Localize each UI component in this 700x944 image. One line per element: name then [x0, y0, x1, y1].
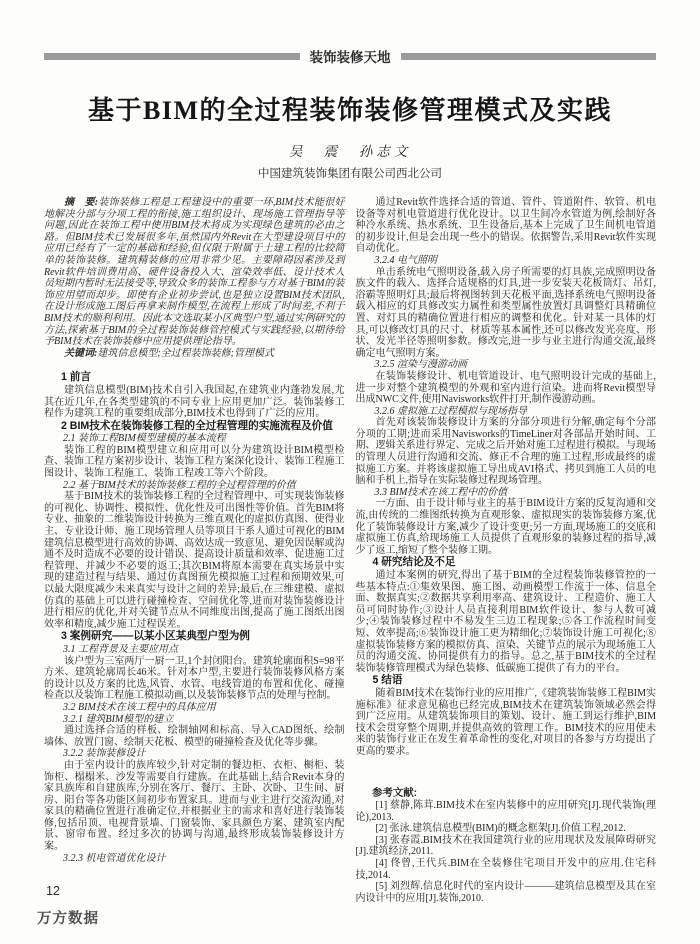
subsection-heading-3-2-6: 3.2.6 虚拟施工过程模拟与现场指导 [356, 406, 657, 418]
category-banner: 装饰装修天地 [44, 46, 656, 66]
subsection-heading-2-1: 2.1 装饰工程BIM模型建模的基本流程 [44, 433, 345, 445]
abstract-text: 装饰装修工程是工程建设中的重要一环,BIM技术能很好地解决分部与分项工程的衔接,… [44, 197, 345, 347]
wanfang-watermark: 万方数据 [37, 907, 99, 928]
affiliation-line: 中国建筑装饰集团有限公司西北公司 [44, 165, 656, 181]
banner-bar-right [401, 53, 657, 60]
keywords-label: 关键词: [64, 348, 97, 359]
paragraph: 单击系统电气照明设备,载入房子所需要的灯具族,完成照明设备族文件的载入、选择合适… [356, 267, 657, 360]
reference-item: [4] 佟曾,王代兵.BIM在全装修住宅项目开发中的应用.住宅科技,2014. [356, 858, 657, 881]
subsection-heading-3-2-5: 3.2.5 渲染与漫游动画 [356, 359, 657, 371]
subsection-heading-3-3: 3.3 BIM技术在该工程中的价值 [356, 487, 657, 499]
left-column: 摘 要:装饰装修工程是工程建设中的重要一环,BIM技术能很好地解决分部与分项工程… [44, 197, 345, 904]
article-title: 基于BIM的全过程装饰装修管理模式及实践 [44, 90, 656, 127]
section-heading-3: 3 案例研究——以某小区某典型户型为例 [44, 631, 345, 643]
subsection-heading-2-2: 2.2 基于BIM技术的装饰装修工程的全过程管理的价值 [44, 480, 345, 492]
references-label: 参考文献: [356, 788, 657, 800]
paragraph: 通过选择合适的样板、绘制轴网和标高、导入CAD图纸、绘制墙体、放置门窗、绘制天花… [44, 725, 345, 748]
paragraph: 通过本案例的研究,得出了基于BIM的全过程装饰装修管控的一些基本特点:①集效果图… [356, 570, 657, 674]
paragraph: 基于BIM技术的装饰装修工程的全过程管理中、可实现装饰装修的可视化、协调性、模拟… [44, 491, 345, 630]
subsection-heading-3-2-2: 3.2.2 装饰装修设计 [44, 748, 345, 760]
reference-item: [1] 蔡静,陈茸.BIM技术在室内装修中的应用研究[J].现代装饰(理论),2… [356, 800, 657, 823]
page-number: 12 [46, 884, 60, 898]
journal-page: 装饰装修天地 基于BIM的全过程装饰装修管理模式及实践 吴 震 孙志文 中国建筑… [0, 0, 700, 944]
spacer [44, 359, 345, 371]
spacer [356, 758, 657, 788]
reference-item: [2] 张泳.建筑信息模型(BIM)的概念框架[J].价值工程,2012. [356, 823, 657, 835]
paragraph: 由于室内设计的族库较少,针对定制的餐边柜、衣柜、橱柜、装饰柜、榻榻米、沙发等需要… [44, 760, 345, 853]
paragraph: 一方面、由于设计师与业主的基于BIM设计方案的反复沟通和交流,由传统的二维图纸转… [356, 498, 657, 556]
paragraph: 通过Revit软件选择合适的管道、管件、管道附件、软管、机电设备等对机电管道进行… [356, 197, 657, 255]
banner-bar-left [44, 53, 300, 60]
subsection-heading-3-1: 3.1 工程背景及主要应用点 [44, 644, 345, 656]
abstract-label: 摘 要: [64, 197, 98, 208]
keywords-text: 建筑信息模型;全过程装饰装修;管理模式 [97, 348, 274, 359]
subsection-heading-3-2: 3.2 BIM技术在该工程中的具体应用 [44, 702, 345, 714]
subsection-heading-3-2-1: 3.2.1 建筑BIM模型的建立 [44, 714, 345, 726]
keywords-line: 关键词:建筑信息模型;全过程装饰装修;管理模式 [44, 348, 345, 360]
paragraph: 在装饰装修设计、机电管道设计、电气照明设计完成的基础上,进一步对整个建筑模型的外… [356, 371, 657, 406]
reference-item: [5] 刘烈辉.信息化时代的室内设计———建筑信息模型及其在室内设计中的应用[J… [356, 881, 657, 904]
paragraph: 该户型为三室两厅一厨一卫,1个封闭阳台。建筑轮廓面积S=98平方米、建筑轮廓周长… [44, 656, 345, 702]
paragraph: 建筑信息模型(BIM)技术自引入我国起,在建筑业内蓬勃发展,尤其在近几年,在各类… [44, 385, 345, 420]
section-heading-5: 5 结语 [356, 675, 657, 687]
section-heading-1: 1 前言 [44, 372, 345, 384]
reference-item: [3] 张春霞.BIM技术在我国建筑行业的应用现状及发展障碍研究[J].建筑经济… [356, 835, 657, 858]
abstract-paragraph: 摘 要:装饰装修工程是工程建设中的重要一环,BIM技术能很好地解决分部与分项工程… [44, 197, 345, 348]
paragraph: 首先对该装饰装修设计方案的分部分项进行分解,确定每个分部分项的工期;进而采用Na… [356, 417, 657, 487]
authors-line: 吴 震 孙志文 [44, 140, 656, 160]
subsection-heading-3-2-4: 3.2.4 电气照明 [356, 255, 657, 267]
category-label: 装饰装修天地 [310, 46, 391, 66]
subsection-heading-3-2-3: 3.2.3 机电管道优化设计 [44, 853, 345, 865]
section-heading-2: 2 BIM技术在装饰装修工程的全过程管理的实施流程及价值 [44, 421, 345, 433]
two-column-body: 摘 要:装饰装修工程是工程建设中的重要一环,BIM技术能很好地解决分部与分项工程… [44, 197, 656, 904]
section-heading-4: 4 研究结论及不足 [356, 557, 657, 569]
paragraph: 随着BIM技术在装饰行业的应用推广,《建筑装饰装修工程BIM实施标准》征求意见稿… [356, 688, 657, 758]
paragraph: 装饰工程的BIM模型建立和应用可以分为建筑设计BIM模型检查、装饰工程方案初步设… [44, 445, 345, 480]
right-column: 通过Revit软件选择合适的管道、管件、管道附件、软管、机电设备等对机电管道进行… [356, 197, 657, 904]
